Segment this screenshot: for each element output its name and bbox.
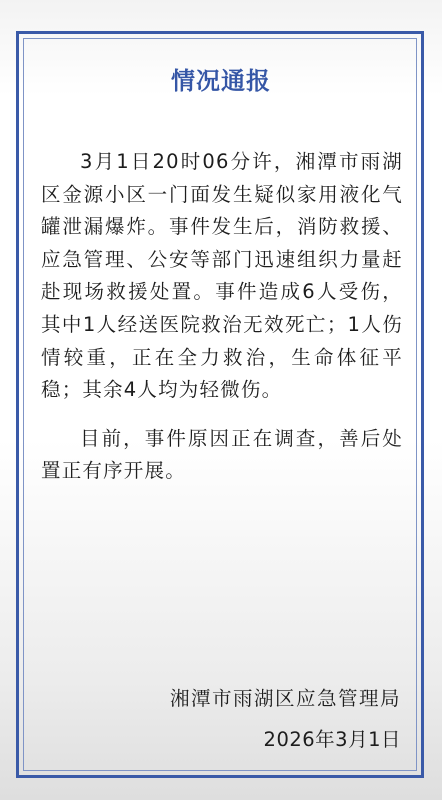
notice-paragraph-incident: 3月1日20时06分许，湘潭市雨湖区金源小区一门面发生疑似家用液化气罐泄漏爆炸。… [41, 146, 403, 407]
signature-date: 2026年3月1日 [264, 724, 401, 752]
notice-paragraph-status: 目前，事件原因正在调查，善后处置正有序开展。 [41, 423, 403, 488]
signature-organization: 湘潭市雨湖区应急管理局 [170, 683, 401, 711]
notice-title: 情况通报 [0, 61, 442, 96]
notice-body: 3月1日20时06分许，湘潭市雨湖区金源小区一门面发生疑似家用液化气罐泄漏爆炸。… [41, 146, 403, 504]
